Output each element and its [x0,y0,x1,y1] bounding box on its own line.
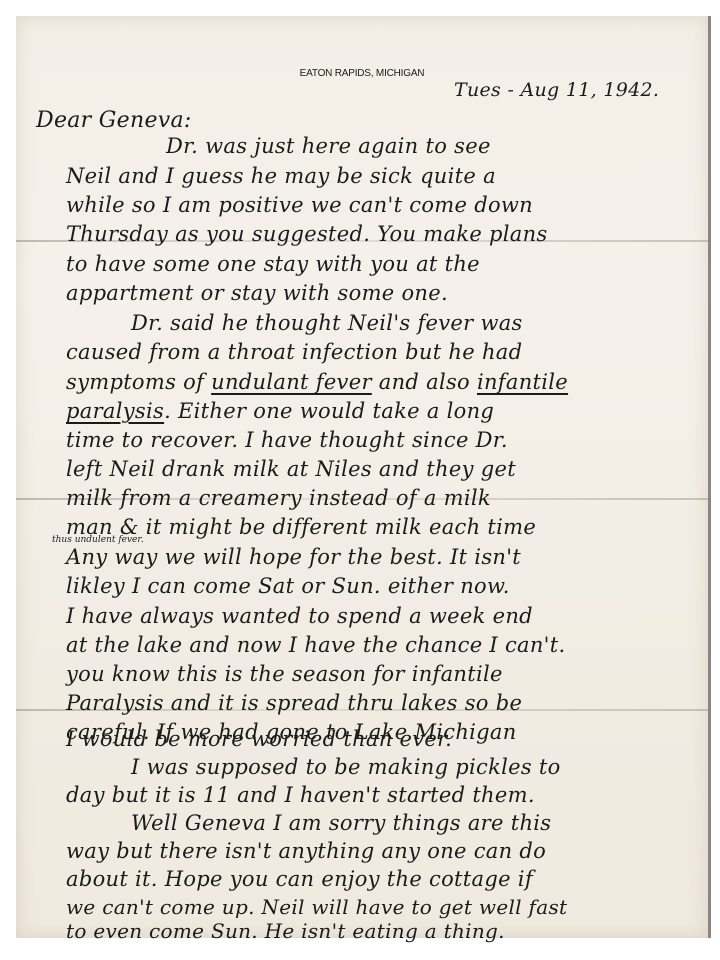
margin-note: thus undulent fever. [52,535,144,545]
underlined-infantile: infantile [477,370,568,394]
text-segment: and also [379,370,477,394]
letter-line-10: paralysis. Either one would take a long [66,399,494,423]
letter-date: Tues - Aug 11, 1942. [454,79,659,101]
letter-line-27: about it. Hope you can enjoy the cottage… [66,867,533,891]
letter-line-20: Paralysis and it is spread thru lakes so… [66,691,522,715]
salutation: Dear Geneva: [36,108,192,133]
letter-line-28: we can't come up. Neil will have to get … [66,895,567,919]
underlined-paralysis: paralysis [66,399,164,423]
letter-line-6: appartment or stay with some one. [66,281,448,305]
letter-line-19: you know this is the season for infantil… [66,662,503,686]
letter-line-4: Thursday as you suggested. You make plan… [66,222,548,246]
letter-line-12: left Neil drank milk at Niles and they g… [66,457,516,481]
letter-line-22: I would be more worried than ever. [66,727,452,751]
letter-line-15: Any way we will hope for the best. It is… [66,545,521,569]
letter-line-17: I have always wanted to spend a week end [66,604,533,628]
letter-line-16: likley I can come Sat or Sun. either now… [66,574,510,598]
letterhead: EATON RAPIDS, MICHIGAN [16,68,708,79]
letter-line-25: Well Geneva I am sorry things are this [131,811,551,835]
letter-line-26: way but there isn't anything any one can… [66,839,546,863]
letter-paper: EATON RAPIDS, MICHIGAN Tues - Aug 11, 19… [16,16,711,938]
letter-line-1: Dr. was just here again to see [166,134,491,158]
letter-line-23: I was supposed to be making pickles to [131,755,561,779]
letter-line-29: to even come Sun. He isn't eating a thin… [66,919,505,943]
letter-line-3: while so I am positive we can't come dow… [66,193,533,217]
text-segment: symptoms of [66,370,204,394]
letter-line-8: caused from a throat infection but he ha… [66,340,522,364]
letter-line-7: Dr. said he thought Neil's fever was [131,311,523,335]
underlined-undulant-fever: undulant fever [211,370,372,394]
letter-line-11: time to recover. I have thought since Dr… [66,428,508,452]
letter-line-9: symptoms of undulant fever and also infa… [66,370,568,394]
letter-line-2: Neil and I guess he may be sick quite a [66,164,496,188]
letter-line-18: at the lake and now I have the chance I … [66,633,565,657]
letter-line-24: day but it is 11 and I haven't started t… [66,783,535,807]
text-segment: . Either one would take a long [164,399,494,423]
letter-line-5: to have some one stay with you at the [66,252,480,276]
letter-line-13: milk from a creamery instead of a milk [66,486,491,510]
